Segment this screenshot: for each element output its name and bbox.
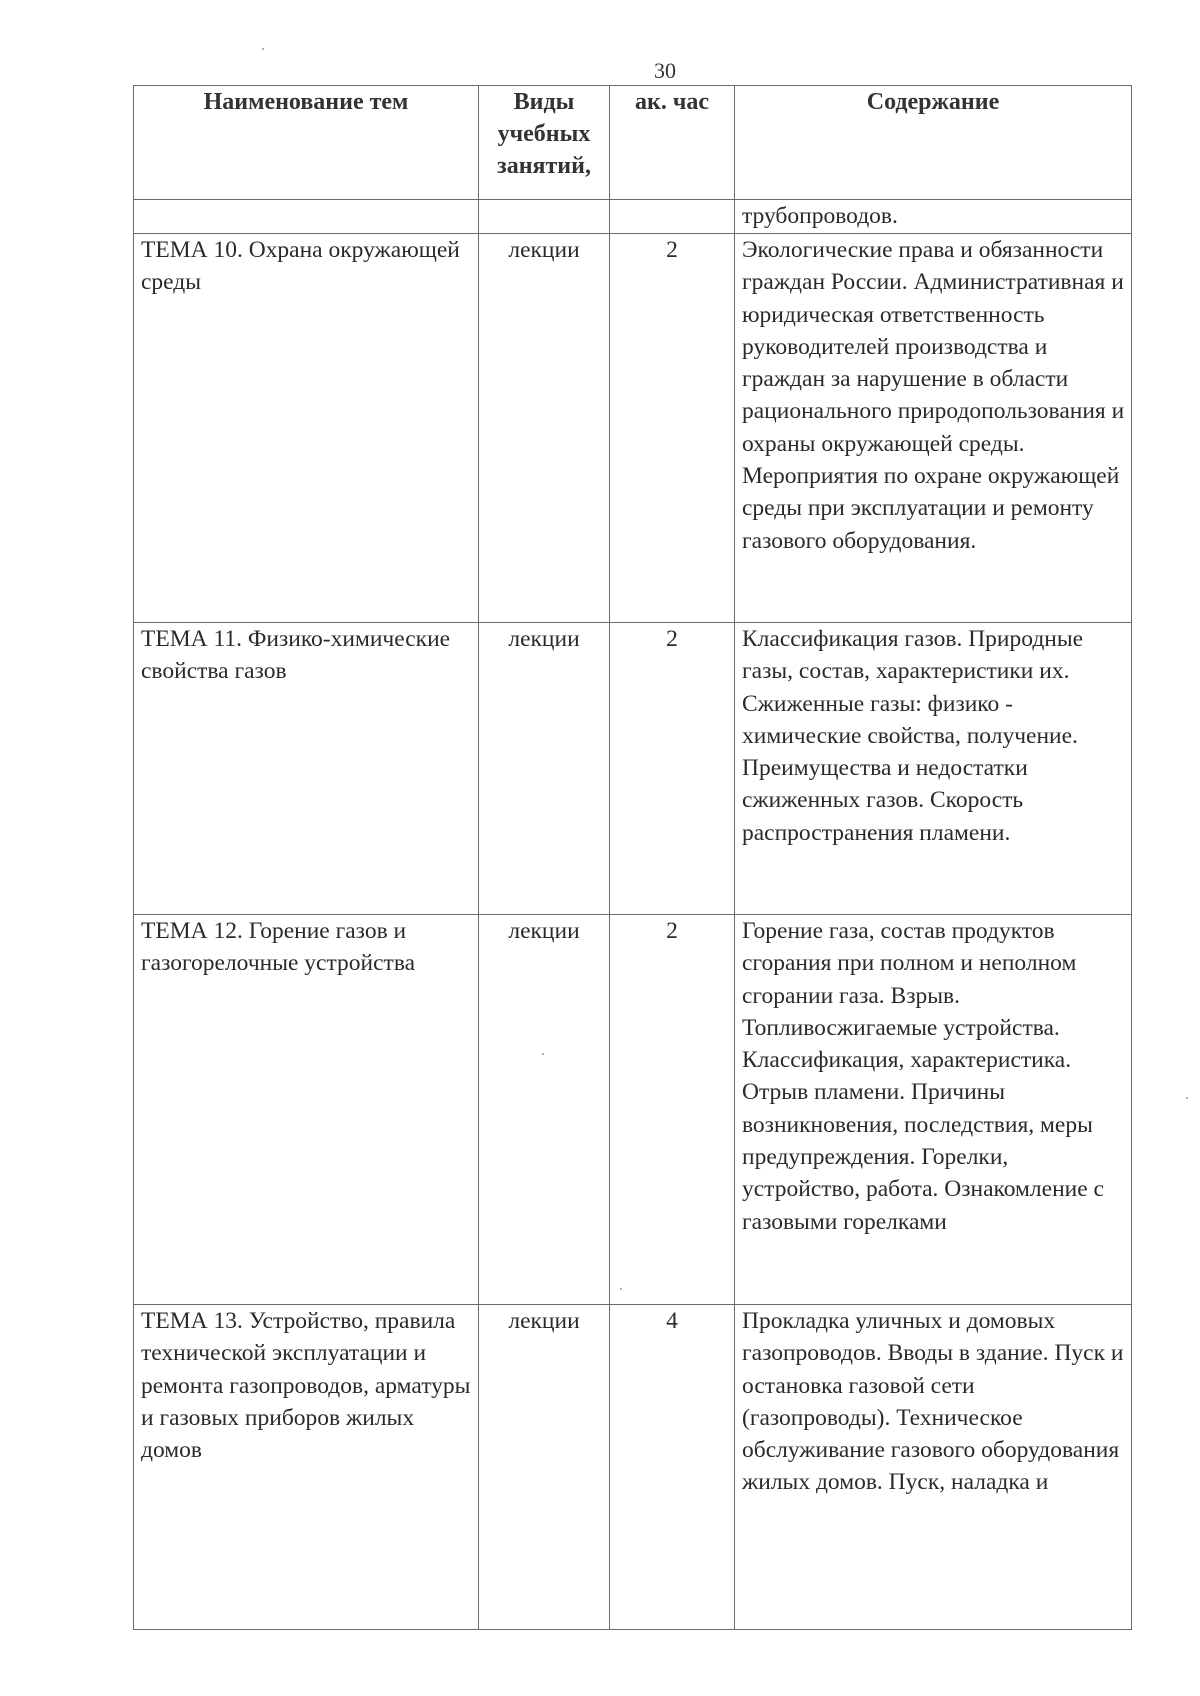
scan-speck (380, 1319, 382, 1321)
scan-speck (1186, 1097, 1188, 1099)
scan-speck (542, 1053, 544, 1055)
header-hours: ак. час (610, 86, 735, 200)
table-row: ТЕМА 12. Горение газов и газогорелочные … (134, 915, 1132, 1305)
topic-cell: ТЕМА 10. Охрана окружающей среды (134, 234, 479, 623)
header-class-type-text: Виды учебных занятий, (479, 86, 609, 182)
table-row: ТЕМА 10. Охрана окружающей среды лекции … (134, 234, 1132, 623)
header-topic: Наименование тем (134, 86, 479, 200)
topic-cell (134, 200, 479, 234)
topic-cell: ТЕМА 13. Устройство, правила технической… (134, 1305, 479, 1630)
content-cell: Горение газа, состав продуктов сгорания … (735, 915, 1132, 1305)
header-content: Содержание (735, 86, 1132, 200)
table-header-row: Наименование тем Виды учебных занятий, а… (134, 86, 1132, 200)
content-cell: трубопроводов. (735, 200, 1132, 234)
topic-cell: ТЕМА 12. Горение газов и газогорелочные … (134, 915, 479, 1305)
table-row: ТЕМА 11. Физико-химические свойства газо… (134, 623, 1132, 915)
type-cell (479, 200, 610, 234)
scan-speck (262, 48, 264, 50)
curriculum-table: Наименование тем Виды учебных занятий, а… (133, 85, 1132, 1630)
header-class-type: Виды учебных занятий, (479, 86, 610, 200)
type-cell: лекции (479, 1305, 610, 1630)
hours-cell: 2 (610, 915, 735, 1305)
content-cell: Экологические права и обязанности гражда… (735, 234, 1132, 623)
type-cell: лекции (479, 234, 610, 623)
type-cell: лекции (479, 915, 610, 1305)
content-cell: Классификация газов. Природные газы, сос… (735, 623, 1132, 915)
page-number: 30 (0, 58, 1200, 84)
hours-cell: 2 (610, 234, 735, 623)
hours-cell (610, 200, 735, 234)
table-row: трубопроводов. (134, 200, 1132, 234)
content-cell: Прокладка уличных и домовых газопроводов… (735, 1305, 1132, 1630)
hours-cell: 4 (610, 1305, 735, 1630)
table-row: ТЕМА 13. Устройство, правила технической… (134, 1305, 1132, 1630)
hours-cell: 2 (610, 623, 735, 915)
type-cell: лекции (479, 623, 610, 915)
scan-speck (620, 1288, 622, 1290)
topic-cell: ТЕМА 11. Физико-химические свойства газо… (134, 623, 479, 915)
